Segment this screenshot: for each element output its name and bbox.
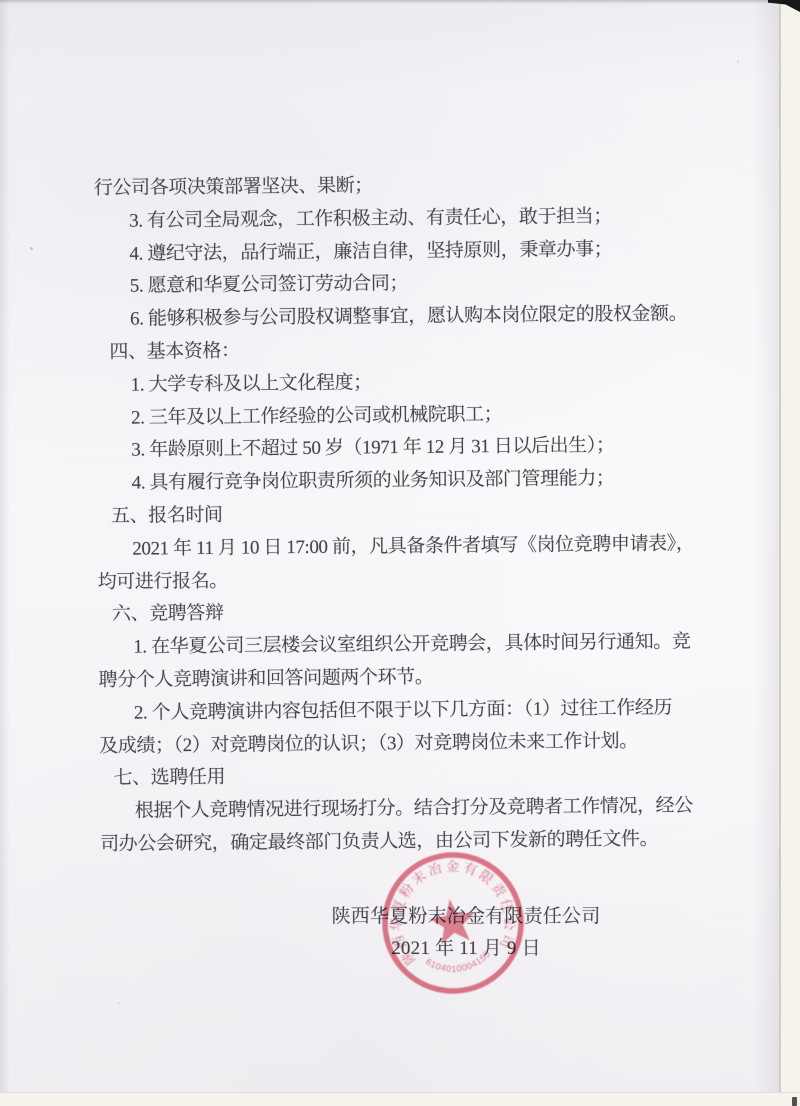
doc-line: 2021 年 11 月 10 日 17:00 前，凡具备条件者填写《岗位竞聘申请…	[97, 528, 717, 567]
scan-edge-left	[0, 0, 10, 1106]
official-seal: 陕西华夏粉末冶金有限责任公司 6104010004155	[353, 823, 553, 1023]
scan-speck	[737, 60, 739, 63]
scan-edge-top	[0, 0, 800, 4]
doc-line: 及成绩；（2）对竞聘岗位的认识；（3）对竞聘岗位未来工作计划。	[99, 725, 719, 764]
scan-speck	[30, 247, 33, 250]
page-edge-shadow	[753, 0, 779, 1106]
scan-speck	[118, 1002, 120, 1004]
scan-corner-mark	[792, 1097, 797, 1106]
scanner-bed-edge-bottom	[0, 1092, 800, 1106]
doc-line: 1. 在华夏公司三层楼会议室组织公开竞聘会，具体时间另行通知。竞	[98, 626, 718, 665]
seal-star-icon	[427, 896, 478, 945]
doc-line: 2. 个人竞聘演讲内容包括但不限于以下几方面：（1）过往工作经历	[99, 692, 719, 731]
document-body: 行公司各项决策部署坚决、果断； 3. 有公司全局观念，工作积极主动、有责任心，敢…	[94, 167, 721, 862]
seal-serial: 6104010004155	[423, 948, 494, 979]
doc-line: 6. 能够积极参与公司股权调整事宜，愿认购本岗位限定的股权金额。	[95, 298, 715, 337]
scanner-bed-edge-right	[779, 0, 800, 1106]
